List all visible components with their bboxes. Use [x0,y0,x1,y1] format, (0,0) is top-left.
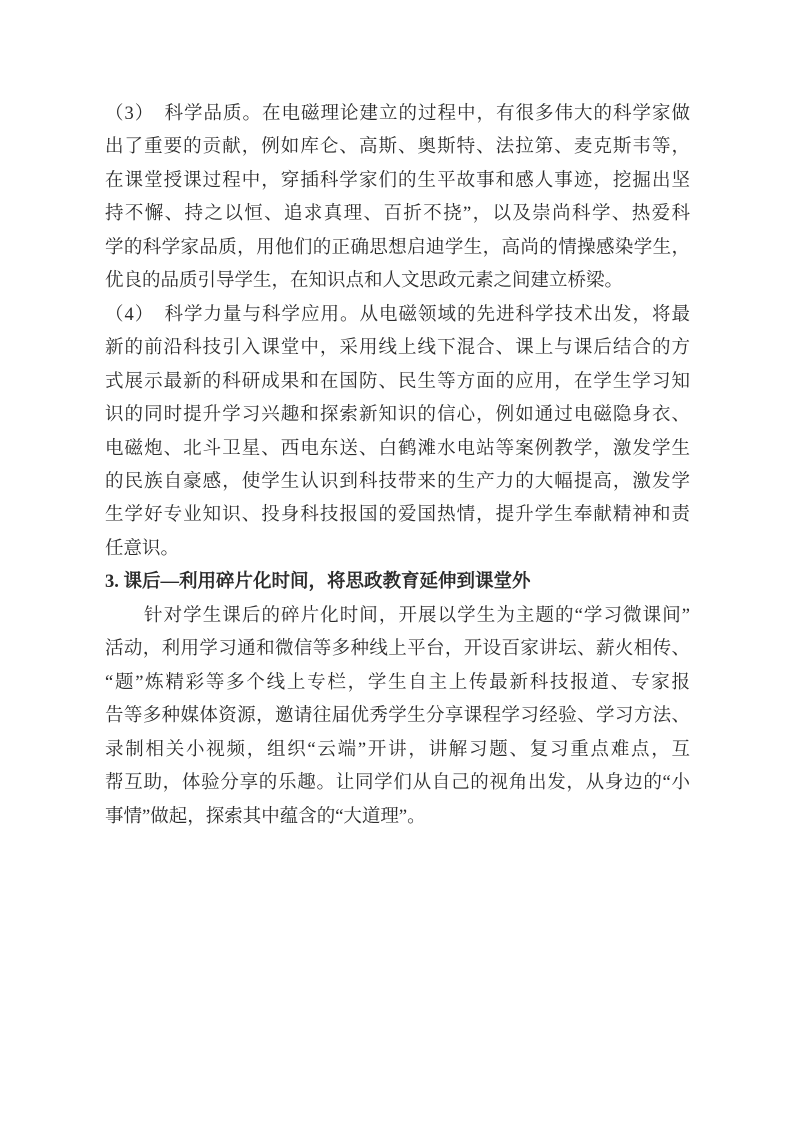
paragraph-4-science-power-application: （4） 科学力量与科学应用。从电磁领域的先进科学技术出发，将最新的前沿科技引入课… [105,299,690,567]
text-line: 告等多种媒体资源，邀请往届优秀学生分享课程学习经验、学习方法、 [105,700,690,733]
text-line: 持不懈、持之以恒、追求真理、百折不挠”，以及崇尚科学、热爱科 [105,198,690,231]
text-line: 学的科学家品质，用他们的正确思想启迪学生，高尚的情操感染学生， [105,232,690,265]
document-page: （3） 科学品质。在电磁理论建立的过程中，有很多伟大的科学家做出了重要的贡献，例… [0,0,794,1123]
text-line: 新的前沿科技引入课堂中，采用线上线下混合、课上与课后结合的方 [105,332,690,365]
paragraph-after-class-detail: 针对学生课后的碎片化时间，开展以学生为主题的“学习微课间”活动，利用学习通和微信… [105,600,690,834]
text-line: （4） 科学力量与科学应用。从电磁领域的先进科学技术出发，将最 [105,299,690,332]
text-line: 电磁炮、北斗卫星、西电东送、白鹤滩水电站等案例教学，激发学生 [105,433,690,466]
text-line: 活动，利用学习通和微信等多种线上平台，开设百家讲坛、薪火相传、 [105,633,690,666]
text-line: 在课堂授课过程中，穿插科学家们的生平故事和感人事迹，挖掘出坚 [105,165,690,198]
text-line: 任意识。 [105,533,690,566]
text-line: 录制相关小视频，组织“云端”开讲，讲解习题、复习重点难点，互 [105,734,690,767]
heading-section-3-after-class: 3. 课后—利用碎片化时间，将思政教育延伸到课堂外 [105,566,690,599]
text-line: 式展示最新的科研成果和在国防、民生等方面的应用，在学生学习知 [105,366,690,399]
text-line: 针对学生课后的碎片化时间，开展以学生为主题的“学习微课间” [105,600,690,633]
text-line: 的民族自豪感，使学生认识到科技带来的生产力的大幅提高，激发学 [105,466,690,499]
text-line: 生学好专业知识、投身科技报国的爱国热情，提升学生奉献精神和责 [105,499,690,532]
text-line: “题”炼精彩等多个线上专栏，学生自主上传最新科技报道、专家报 [105,667,690,700]
text-line: 帮互助，体验分享的乐趣。让同学们从自己的视角出发，从身边的“小 [105,767,690,800]
text-line: 出了重要的贡献，例如库仑、高斯、奥斯特、法拉第、麦克斯韦等， [105,131,690,164]
text-line: 事情”做起，探索其中蕴含的“大道理”。 [105,801,690,834]
text-line: 优良的品质引导学生，在知识点和人文思政元素之间建立桥梁。 [105,265,690,298]
text-line: （3） 科学品质。在电磁理论建立的过程中，有很多伟大的科学家做 [105,98,690,131]
text-line: 识的同时提升学习兴趣和探索新知识的信心，例如通过电磁隐身衣、 [105,399,690,432]
heading-line: 3. 课后—利用碎片化时间，将思政教育延伸到课堂外 [105,566,690,599]
paragraph-3-science-quality: （3） 科学品质。在电磁理论建立的过程中，有很多伟大的科学家做出了重要的贡献，例… [105,98,690,299]
document-content: （3） 科学品质。在电磁理论建立的过程中，有很多伟大的科学家做出了重要的贡献，例… [105,98,690,834]
